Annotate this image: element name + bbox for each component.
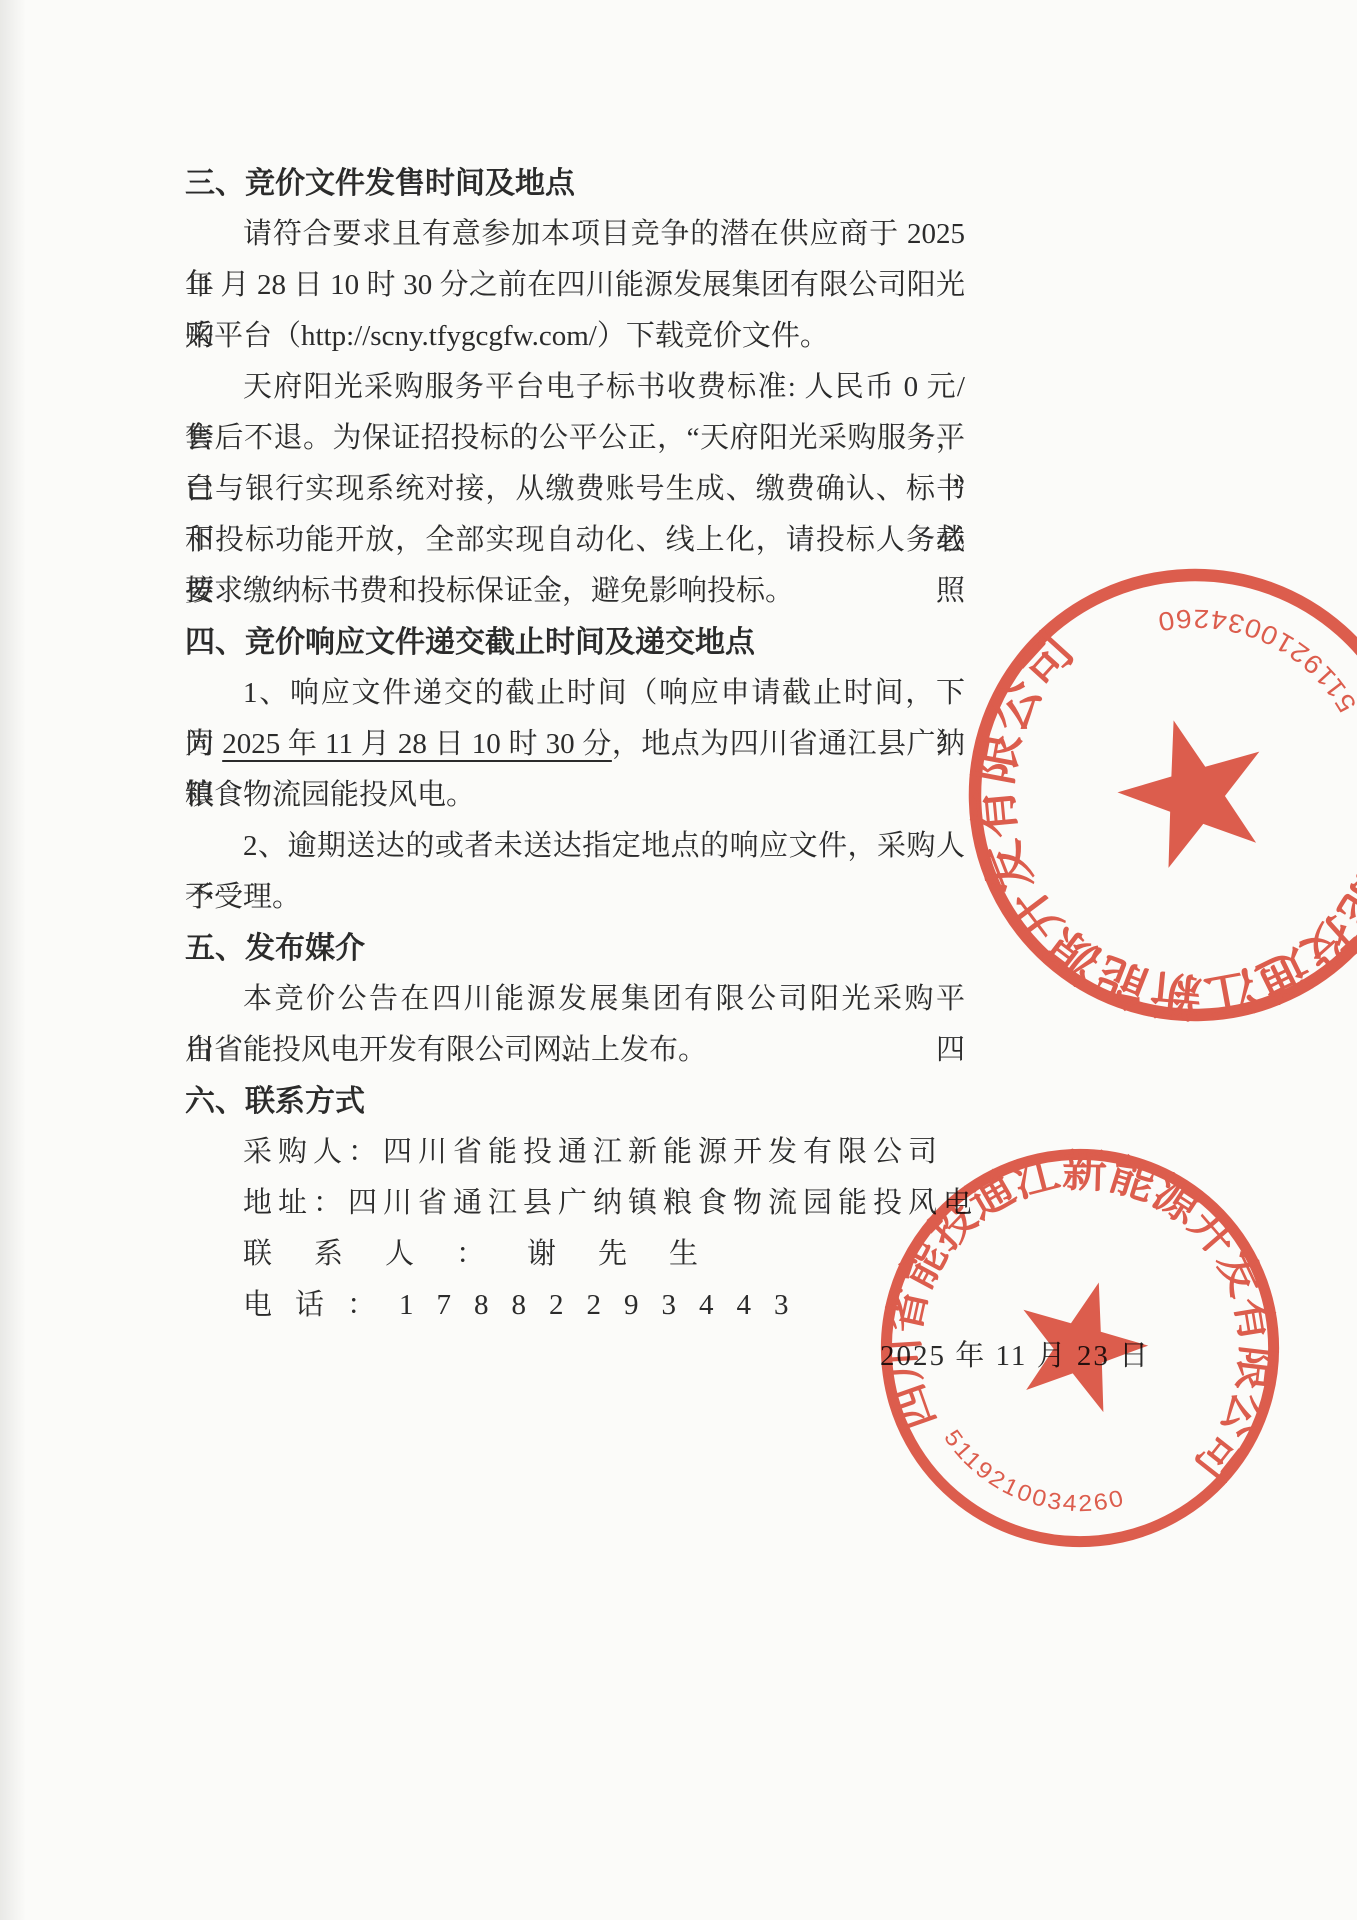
section-6-heading: 六、联系方式 <box>185 1076 965 1127</box>
phone-line: 电话：17882293443 <box>185 1280 965 1331</box>
seal-ring <box>945 545 1357 1045</box>
svg-text:5119210034260: 5119210034260 <box>928 1420 1138 1534</box>
scanned-document-page: { "page": { "paper": "#fbfbf9", "ink": "… <box>0 0 1357 1920</box>
text-line-with-url: 购平台（http://scny.tfygcgfw.com/）下载竞价文件。 <box>185 311 965 362</box>
contact-line: 联系人：谢先生 <box>185 1229 965 1280</box>
section-3-heading: 三、竞价文件发售时间及地点 <box>185 158 965 209</box>
text-line: 天府阳光采购服务平台电子标书收费标准: 人民币 0 元/套， <box>185 362 965 413</box>
text-line: 售后不退。为保证招投标的公平公正，“天府阳光采购服务平台” <box>185 413 965 464</box>
deadline-line: 为 2025 年 11 月 28 日 10 时 30 分，地点为四川省通江县广纳… <box>185 719 965 770</box>
text-line: 予受理。 <box>185 872 965 923</box>
text-line: 已与银行实现系统对接，从缴费账号生成、缴费确认、标书下载 <box>185 464 965 515</box>
buyer-line: 采购人：四川省能投通江新能源开发有限公司 <box>185 1127 965 1178</box>
text-line: 本竞价公告在四川能源发展集团有限公司阳光采购平台、四 <box>185 974 965 1025</box>
seal-star-icon <box>1099 711 1286 893</box>
document-body: 三、竞价文件发售时间及地点 请符合要求且有意参加本项目竞争的潜在供应商于 202… <box>185 158 965 1382</box>
deadline-prefix: 为 <box>185 728 222 760</box>
section-5-heading: 五、发布媒介 <box>185 923 965 974</box>
address-line: 地址：四川省通江县广纳镇粮食物流园能投风电 <box>185 1178 965 1229</box>
company-seal-top: 四川省能投通江新能源开发有限公司 5119210034260 <box>945 545 1357 1045</box>
text-line: 和投标功能开放，全部实现自动化、线上化，请投标人务必按照 <box>185 515 965 566</box>
svg-text:四川省能投通江新能源开发有限公司: 四川省能投通江新能源开发有限公司 <box>945 572 1357 1045</box>
section-4-heading: 四、竞价响应文件递交截止时间及递交地点 <box>185 617 965 668</box>
seal-registration-number: 5119210034260 <box>928 1420 1138 1534</box>
seal-company-name: 四川省能投通江新能源开发有限公司 <box>945 572 1357 1045</box>
text-line: 2、逾期送达的或者未送达指定地点的响应文件，采购人不 <box>185 821 965 872</box>
document-date: 2025 年 11 月 23 日 <box>880 1331 965 1382</box>
seal-registration-number: 5119210034260 <box>1140 580 1357 724</box>
deadline-underlined-date: 2025 年 11 月 28 日 10 时 30 分 <box>222 728 612 760</box>
text-line: 粮食物流园能投风电。 <box>185 770 965 821</box>
scan-edge-shade <box>0 0 26 1920</box>
text-line: 请符合要求且有意参加本项目竞争的潜在供应商于 2025 年 <box>185 209 965 260</box>
text-line: 11 月 28 日 10 时 30 分之前在四川能源发展集团有限公司阳光采 <box>185 260 965 311</box>
svg-text:5119210034260: 5119210034260 <box>1140 580 1357 724</box>
text-line: 1、响应文件递交的截止时间（响应申请截止时间，下同） <box>185 668 965 719</box>
